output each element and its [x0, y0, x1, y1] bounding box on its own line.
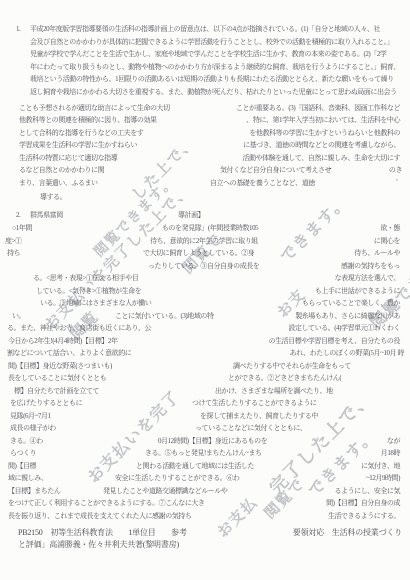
text-segment: で大切に飼育しようとしている。②身 [143, 249, 254, 258]
text-segment: 【目標】まちたん [8, 487, 60, 496]
text-segment: 間)【目標 [8, 462, 36, 471]
text-segment: 導する。 [40, 193, 66, 202]
text-segment: もらっていることで楽しく、豊か [302, 299, 400, 308]
document-text-layer: 1.平成20年度版学習指導要領の生活科の指導計画上の留意点は、以下の4点が指摘さ… [0, 0, 410, 580]
text-segment: 調べたりする中でそれらが生命をもって [233, 362, 351, 371]
text-segment: 2. [16, 211, 20, 220]
text-segment: の生活目標や学習目標を考え、自分たちの役 [269, 337, 400, 346]
text-segment: つけて生活したりすることができるように [192, 399, 316, 408]
text-segment: 平成20年度版学習指導要領の生活科の指導計画上の留意点は、以下の4点が指摘されて… [30, 25, 380, 34]
text-segment: を広げたりするとともに [10, 399, 82, 408]
text-segment: のき [389, 166, 402, 175]
text-segment: 1. [16, 25, 20, 34]
text-segment: きる。④わ [10, 437, 43, 446]
text-segment: 出かけ、さまざまな場所を調べたり、地 [215, 387, 333, 396]
text-segment: 設定している。(4)学習単元①わくわく [288, 324, 400, 333]
text-segment: なが [387, 437, 400, 446]
text-segment: 標】自分たちで計画を立てて [14, 387, 99, 396]
text-segment: 、特に、第1学年入学当初においては、生活科を中心 [246, 116, 400, 125]
text-segment: している。<気付き>①植物が生命を [36, 287, 141, 296]
text-segment: 度>① [5, 237, 22, 246]
text-segment: 見隊(6月~7月1 [10, 412, 51, 421]
text-segment: を他教科等の学習に生かすというねらいと他教科の [249, 129, 400, 138]
text-segment: 域に親しみ、 [8, 474, 48, 483]
text-segment: 自立への基礎を養うことなど、道徳 [210, 179, 315, 188]
text-segment: を探して捕まえたり、飼育したりする中 [200, 412, 318, 421]
text-segment: 長を振り返り、これまで成長を支えてくれた人に感謝の気持ち [8, 512, 191, 521]
text-segment: ○1年間 [12, 224, 32, 233]
text-segment: 導計画】 [178, 211, 204, 220]
text-segment: に関心を [374, 237, 400, 246]
text-segment: ことが重要ある。(3)「国語科、音楽科、図画工作科など [236, 104, 400, 113]
text-segment: あれ、わたしのぼくの野菜(5月~10月 時 [290, 349, 404, 358]
text-segment: 発見したことや道路交通標識などルールや [103, 487, 227, 496]
text-segment: 栽培という活動の特性から、1回限りの活動あるいは短期の活動よりも長期にわたる活動… [30, 75, 394, 84]
text-segment: 会及び自然とのかかわりが具体的に把握できるように学習活動を行うこととし、校外での… [30, 38, 393, 47]
text-segment: ゛ [395, 179, 402, 188]
text-segment: 安全に生活したりすることができる。⑥わ [115, 474, 239, 483]
text-segment: ことも予想されるが適切な助言によって生命の大切 [19, 104, 170, 113]
text-segment: 他教科等との関連を積極的に図り、指導の効果 [19, 116, 157, 125]
text-segment: らつくり [10, 449, 36, 458]
text-segment: 活動や体験を通して、自然に親しみ、生命を大切にす [243, 154, 400, 163]
document-page: した上で、閲覧できます。お支払いを完了した上で、閲覧閲覧でできます。お支閲覧でき… [0, 0, 410, 580]
text-segment: る。また、神社やお寺、商店街も近くにあり、公 [7, 324, 151, 333]
text-segment: 群馬県富岡 [30, 211, 63, 220]
text-segment: 月18時 [381, 449, 400, 458]
text-segment: 間)【目標】自分自身の成 [326, 499, 400, 508]
text-segment: 感謝の気持ちをもっ [341, 262, 400, 271]
text-segment: 割などについて話合い、よりよく意欲的に [7, 349, 131, 358]
text-segment: 気付くなど自分自身について考えさせ [220, 166, 331, 175]
text-segment: として合科的な指導を行うなどの工夫をす [19, 129, 143, 138]
text-segment: 児童が学校で学んだことを生活で生かし、家庭や地域で学んだことを学校生活に生かす、… [30, 50, 386, 59]
text-segment: 欲・態 [380, 224, 400, 233]
text-segment: と関わる活動を通して地域には生活した [136, 462, 254, 471]
text-segment: 0月12時間)【目標】身近にあるものを [158, 437, 267, 446]
text-segment: 製糸場もあり、さらに綺麗な川があ [295, 312, 400, 321]
text-segment: ものを発見隊」(年間授業時数105 [162, 224, 258, 233]
text-segment: るなど自然とのかかわりに関 [19, 166, 104, 175]
text-segment: きる。⑤もっと発見!まちたんけん~まち [145, 449, 262, 458]
text-segment: い。 [12, 312, 25, 321]
text-segment: 返し飼育や栽培にかかわる大切さを重視する。また、動植物が死んだり、枯れたりといっ… [30, 88, 397, 97]
text-segment: 長をしていることに気付くととも [8, 374, 106, 383]
text-segment: ことに気付いている。(3)地域の特 [115, 312, 214, 321]
text-segment: 持ち [7, 249, 20, 258]
footer-text-segment: と評価」高浦勝義・佐々井利夫共著(黎明書房) [18, 540, 179, 549]
text-segment: に気付き、地 [361, 462, 400, 471]
text-segment: るようにし、安全に気 [335, 487, 401, 496]
text-segment: をつけて正しく利用することができるようにする。⑦こんなに大き [8, 499, 205, 508]
footer-text-segment: PB2150 初等生活科教育法 1単位目 参考 [18, 528, 187, 537]
text-segment: に基づき、道徳の時間などとの関連を考慮しながら、 [243, 141, 400, 150]
text-segment: ったりしている。③自分自身の成長を [148, 262, 259, 271]
text-segment: とができる。②どきどきまちたんけん( [228, 374, 341, 383]
text-segment: 生活科の特質に応じて適切な指導 [19, 154, 117, 163]
text-segment: いる。②地域にはさまざまな人が働い [40, 299, 151, 308]
text-segment: 待ち、ルールや [354, 249, 400, 258]
text-segment: っていることなどに気付くとともに、 [195, 424, 306, 433]
text-segment: る。<思考・表現>①伝える相手や目 [33, 274, 138, 283]
text-segment: 生活できるようにする。 [328, 512, 400, 521]
text-segment: な表現方法を選んで、 [335, 274, 400, 283]
text-segment: 年にわたって取り扱うものとし、動物や植物へのかかわり方が深まるよう継続的な飼育、… [30, 63, 400, 72]
text-segment: 待ち、意欲的に2年生の学習に取り組 [150, 237, 258, 246]
text-segment: まり、言葉遣い、ふるまい [19, 179, 98, 188]
text-segment: 学習成果を生活科の学習に生かすねらい [19, 141, 137, 150]
text-segment: ~12月9時間) [366, 474, 400, 483]
footer-text-segment: 要領対応 生活科の授業づくり [293, 528, 402, 537]
text-segment: 今日から2年生!(4月4時間)【目標】2年 [8, 337, 118, 346]
text-segment: 間)【目標】身近な野菜(さつまいも) [8, 362, 112, 371]
text-segment: も上手に世話ができるように [315, 287, 400, 296]
text-segment: 成長の様子がわ [10, 424, 56, 433]
